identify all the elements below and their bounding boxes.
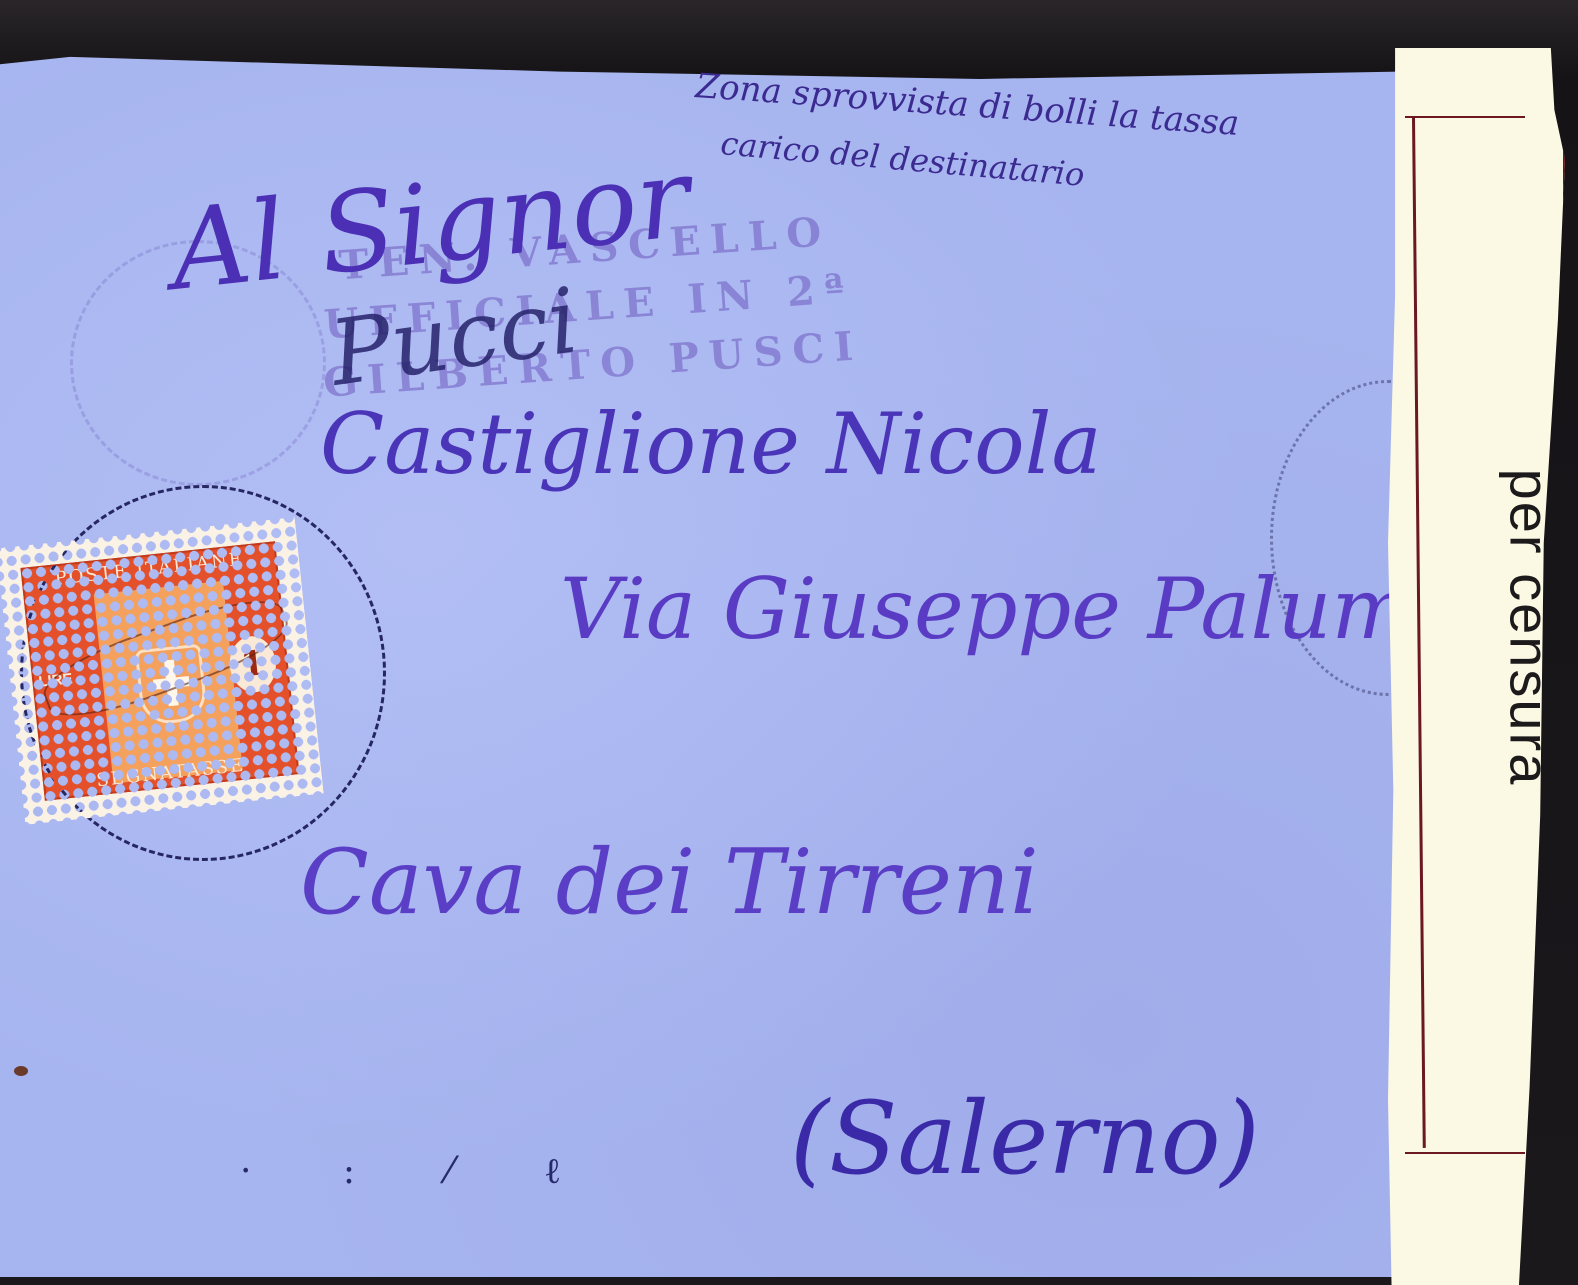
paper-stain bbox=[14, 1066, 28, 1076]
postage-due-stamp: POSTE ITALIANE LIRE 1 SEGNATASSE bbox=[0, 517, 324, 825]
recipient-street: Via Giuseppe Palumbo bbox=[560, 560, 1515, 658]
stamp-top-text: POSTE ITALIANE bbox=[23, 545, 276, 592]
recipient-province: (Salerno) bbox=[790, 1080, 1260, 1197]
pencil-marks: · : ⁄ ℓ bbox=[240, 1150, 601, 1192]
recipient-town: Cava dei Tirreni bbox=[300, 830, 1039, 935]
censor-label: per censura bbox=[1498, 418, 1563, 838]
recipient-name: Castiglione Nicola bbox=[320, 395, 1102, 493]
